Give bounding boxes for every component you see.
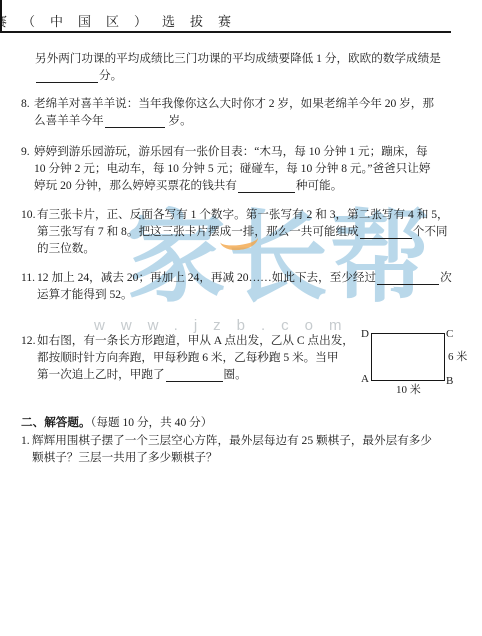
question-9-text: 婷玩 20 分钟，那么婷婷买票花的钱共有: [34, 179, 237, 192]
page-header-title: 赛（中国区）选拔赛: [0, 15, 246, 29]
section2-question-1-line-2: 颗棋子？三层一共用了多少颗棋子？: [32, 450, 218, 465]
question-9-text-after: 种可能。: [296, 179, 342, 192]
diagram-label-a: A: [361, 373, 369, 385]
diagram-side-length: 6 米: [448, 351, 467, 363]
diagram-bottom-length: 10 米: [396, 384, 421, 396]
diagram-label-d: D: [361, 328, 369, 340]
question-12-line-1: 如右图，有一条长方形跑道，甲从 A 点出发，乙从 C 点出发，: [37, 333, 354, 348]
jzb-watermark-url: www.jzb.com: [94, 317, 358, 334]
question-12-text: 第一次追上乙时，甲跑了: [37, 368, 165, 381]
question-10-line-3: 的三位数。: [37, 241, 95, 256]
answer-blank: [377, 272, 439, 285]
section-2-title: 解答题。: [44, 416, 90, 429]
question-12-line-3: 第一次追上乙时，甲跑了圈。: [37, 367, 247, 382]
diagram-rectangle: [371, 333, 445, 381]
section-2-note: （每题 10 分，共 40 分）: [91, 416, 213, 429]
question-11-text: 12 加上 24，减去 20；再加上 24，再减 20……如此下去，至少经过: [37, 271, 376, 284]
question-7-line-2: 分。: [35, 68, 122, 83]
question-12-text-after: 圈。: [224, 368, 247, 381]
question-10-number: 10.: [21, 207, 36, 222]
answer-blank: [360, 226, 412, 239]
header-rule: [0, 31, 451, 33]
question-11-number: 11.: [21, 270, 35, 285]
question-7-after-blank: 分。: [99, 69, 122, 82]
answer-blank: [105, 115, 165, 128]
question-12-line-2: 都按顺时针方向奔跑，甲每秒跑 6 米，乙每秒跑 5 米。当甲: [37, 350, 338, 365]
section2-question-1-line-1: 辉辉用围棋子摆了一个三层空心方阵，最外层每边有 25 颗棋子，最外层有多少: [32, 433, 432, 448]
question-8-line-1: 老绵羊对喜羊羊说：当年我像你这么大时你才 2 岁，如果老绵羊今年 20 岁，那: [34, 96, 434, 111]
question-7-line-1: 另外两门功课的平均成绩比三门功课的平均成绩要降低 1 分，欧欧的数学成绩是: [35, 51, 441, 66]
question-8-number: 8.: [21, 96, 30, 111]
answer-blank: [36, 70, 98, 83]
question-8-text-after: 岁。: [166, 114, 192, 127]
question-11-text-after: 次: [440, 271, 452, 284]
answer-blank: [238, 180, 295, 193]
question-9-number: 9.: [21, 144, 30, 159]
question-11-line-1: 12 加上 24，减去 20；再加上 24，再减 20……如此下去，至少经过次: [37, 270, 452, 285]
answer-blank: [166, 369, 223, 382]
question-10-text: 第三张写有 7 和 8。把这三张卡片摆成一排，那么一共可能组成: [37, 225, 359, 238]
section-2-header: 二、解答题。（每题 10 分，共 40 分）: [21, 415, 212, 430]
test-paper-page: 家长帮 www.jzb.com 赛（中国区）选拔赛 另外两门功课的平均成绩比三门…: [0, 0, 482, 636]
question-12-number: 12.: [21, 333, 36, 348]
diagram-label-b: B: [446, 375, 453, 387]
question-11-line-2: 运算才能得到 52。: [37, 287, 133, 302]
question-9-line-2: 10 分钟 2 元；电动车，每 10 分钟 5 元；碰碰车，每 10 分钟 8 …: [34, 161, 430, 176]
page-edge-mark: [0, 0, 2, 33]
question-9-line-1: 婷婷到游乐园游玩，游乐园有一张价目表：“木马，每 10 分钟 1 元；蹦床，每: [34, 144, 428, 159]
question-10-text-after: 个不同: [413, 225, 448, 238]
question-8-text: 么喜羊羊今年: [34, 114, 104, 127]
question-8-line-2: 么喜羊羊今年 岁。: [34, 113, 192, 128]
question-9-line-3: 婷玩 20 分钟，那么婷婷买票花的钱共有种可能。: [34, 178, 342, 193]
section-2-prefix: 二、: [21, 416, 44, 429]
question-10-line-1: 有三张卡片，正、反面各写有 1 个数字。第一张写有 2 和 3，第二张写有 4 …: [37, 207, 449, 222]
diagram-label-c: C: [446, 328, 453, 340]
section2-question-1-number: 1.: [21, 433, 30, 448]
question-10-line-2: 第三张写有 7 和 8。把这三张卡片摆成一排，那么一共可能组成个不同: [37, 224, 448, 239]
